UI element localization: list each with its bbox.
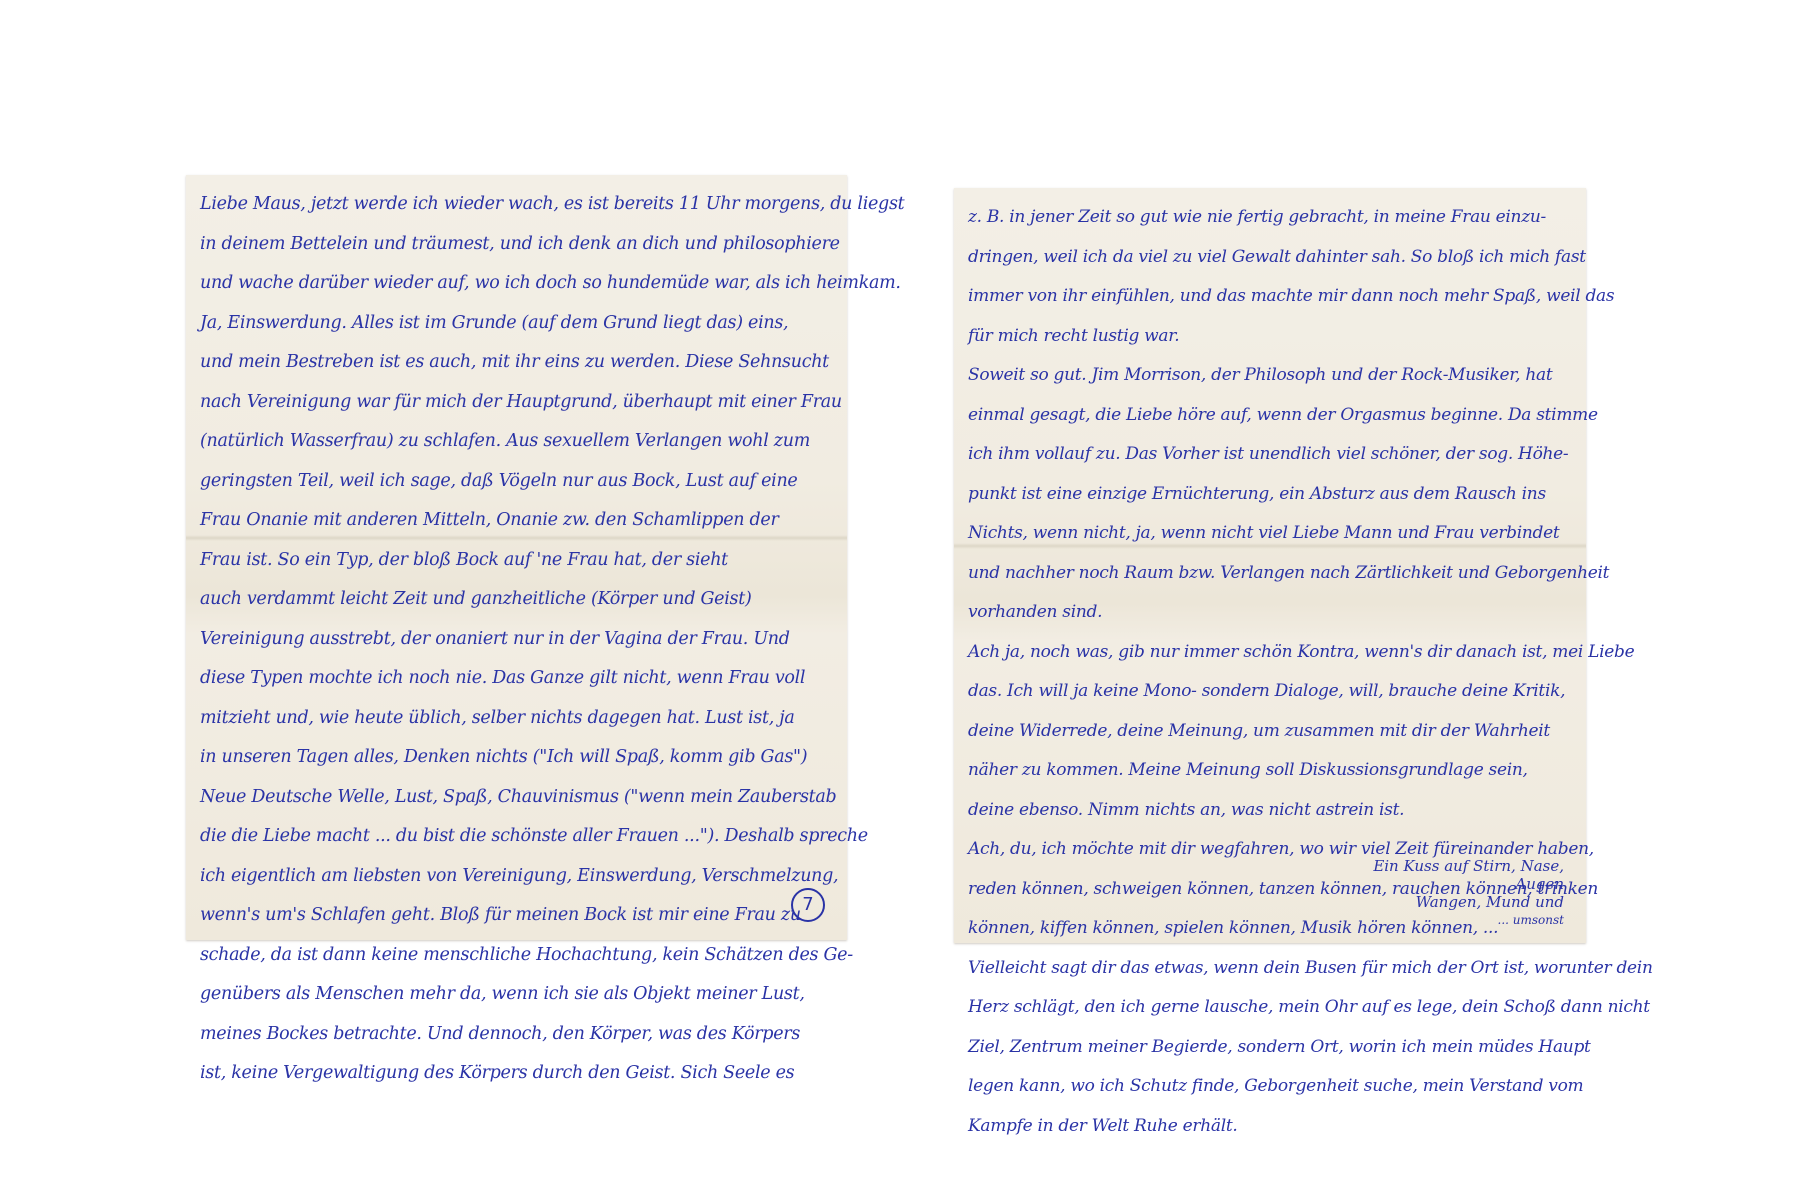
text-line: Nichts, wenn nicht, ja, wenn nicht viel …: [968, 514, 1576, 554]
text-line: auch verdammt leicht Zeit und ganzheitli…: [200, 580, 837, 620]
letter-page-left: Liebe Maus, jetzt werde ich wieder wach,…: [186, 175, 847, 940]
text-line: nach Vereinigung war für mich der Hauptg…: [200, 383, 837, 423]
text-line: ich ihm vollauf zu. Das Vorher ist unend…: [968, 435, 1576, 475]
text-line: Frau Onanie mit anderen Mitteln, Onanie …: [200, 501, 837, 541]
text-line: deine Widerrede, deine Meinung, um zusam…: [968, 712, 1576, 752]
text-line: ich eigentlich am liebsten von Vereinigu…: [200, 857, 837, 897]
text-line: Vielleicht sagt dir das etwas, wenn dein…: [968, 949, 1576, 989]
letter-page-right: z. B. in jener Zeit so gut wie nie ferti…: [954, 188, 1586, 943]
text-line: in deinem Bettelein und träumest, und ic…: [200, 225, 837, 265]
text-line: und nachher noch Raum bzw. Verlangen nac…: [968, 554, 1576, 594]
text-line: dringen, weil ich da viel zu viel Gewalt…: [968, 238, 1576, 278]
text-line: Kampfe in der Welt Ruhe erhält.: [968, 1107, 1576, 1147]
signoff-line: Ein Kuss auf Stirn, Nase, Augen: [1354, 857, 1564, 893]
text-line: immer von ihr einfühlen, und das machte …: [968, 277, 1576, 317]
text-line: Ja, Einswerdung. Alles ist im Grunde (au…: [200, 304, 837, 344]
text-line: mitzieht und, wie heute üblich, selber n…: [200, 699, 837, 739]
text-line: die die Liebe macht ... du bist die schö…: [200, 817, 837, 857]
text-line: (natürlich Wasserfrau) zu schlafen. Aus …: [200, 422, 837, 462]
text-line: punkt ist eine einzige Ernüchterung, ein…: [968, 475, 1576, 515]
text-line: Frau ist. So ein Typ, der bloß Bock auf …: [200, 541, 837, 581]
text-line: deine ebenso. Nimm nichts an, was nicht …: [968, 791, 1576, 831]
text-line: das. Ich will ja keine Mono- sondern Dia…: [968, 672, 1576, 712]
text-line: Neue Deutsche Welle, Lust, Spaß, Chauvin…: [200, 778, 837, 818]
signoff-line: ... umsonst: [1354, 911, 1564, 929]
text-line: vorhanden sind.: [968, 593, 1576, 633]
text-line: in unseren Tagen alles, Denken nichts ("…: [200, 738, 837, 778]
text-line: Vereinigung ausstrebt, der onaniert nur …: [200, 620, 837, 660]
text-line: Ach ja, noch was, gib nur immer schön Ko…: [968, 633, 1576, 673]
text-line: z. B. in jener Zeit so gut wie nie ferti…: [968, 198, 1576, 238]
text-line: genübers als Menschen mehr da, wenn ich …: [200, 975, 837, 1015]
text-line: Ziel, Zentrum meiner Begierde, sondern O…: [968, 1028, 1576, 1068]
text-line: Herz schlägt, den ich gerne lausche, mei…: [968, 988, 1576, 1028]
text-line: meines Bockes betrachte. Und dennoch, de…: [200, 1015, 837, 1055]
text-line: einmal gesagt, die Liebe höre auf, wenn …: [968, 396, 1576, 436]
text-line: und wache darüber wieder auf, wo ich doc…: [200, 264, 837, 304]
handwritten-text-left: Liebe Maus, jetzt werde ich wieder wach,…: [200, 185, 837, 1094]
signoff-line: Wangen, Mund und: [1354, 893, 1564, 911]
text-line: und mein Bestreben ist es auch, mit ihr …: [200, 343, 837, 383]
handwritten-text-right: z. B. in jener Zeit so gut wie nie ferti…: [968, 198, 1576, 1146]
text-line: Liebe Maus, jetzt werde ich wieder wach,…: [200, 185, 837, 225]
text-line: schade, da ist dann keine menschliche Ho…: [200, 936, 837, 976]
text-line: geringsten Teil, weil ich sage, daß Vöge…: [200, 462, 837, 502]
text-line: näher zu kommen. Meine Meinung soll Disk…: [968, 751, 1576, 791]
text-line: Soweit so gut. Jim Morrison, der Philoso…: [968, 356, 1576, 396]
page-number-badge: 7: [791, 888, 825, 922]
text-line: wenn's um's Schlafen geht. Bloß für mein…: [200, 896, 837, 936]
text-line: legen kann, wo ich Schutz finde, Geborge…: [968, 1067, 1576, 1107]
text-line: diese Typen mochte ich noch nie. Das Gan…: [200, 659, 837, 699]
letter-signoff: Ein Kuss auf Stirn, Nase, Augen Wangen, …: [1354, 857, 1564, 929]
text-line: für mich recht lustig war.: [968, 317, 1576, 357]
text-line: ist, keine Vergewaltigung des Körpers du…: [200, 1054, 837, 1094]
